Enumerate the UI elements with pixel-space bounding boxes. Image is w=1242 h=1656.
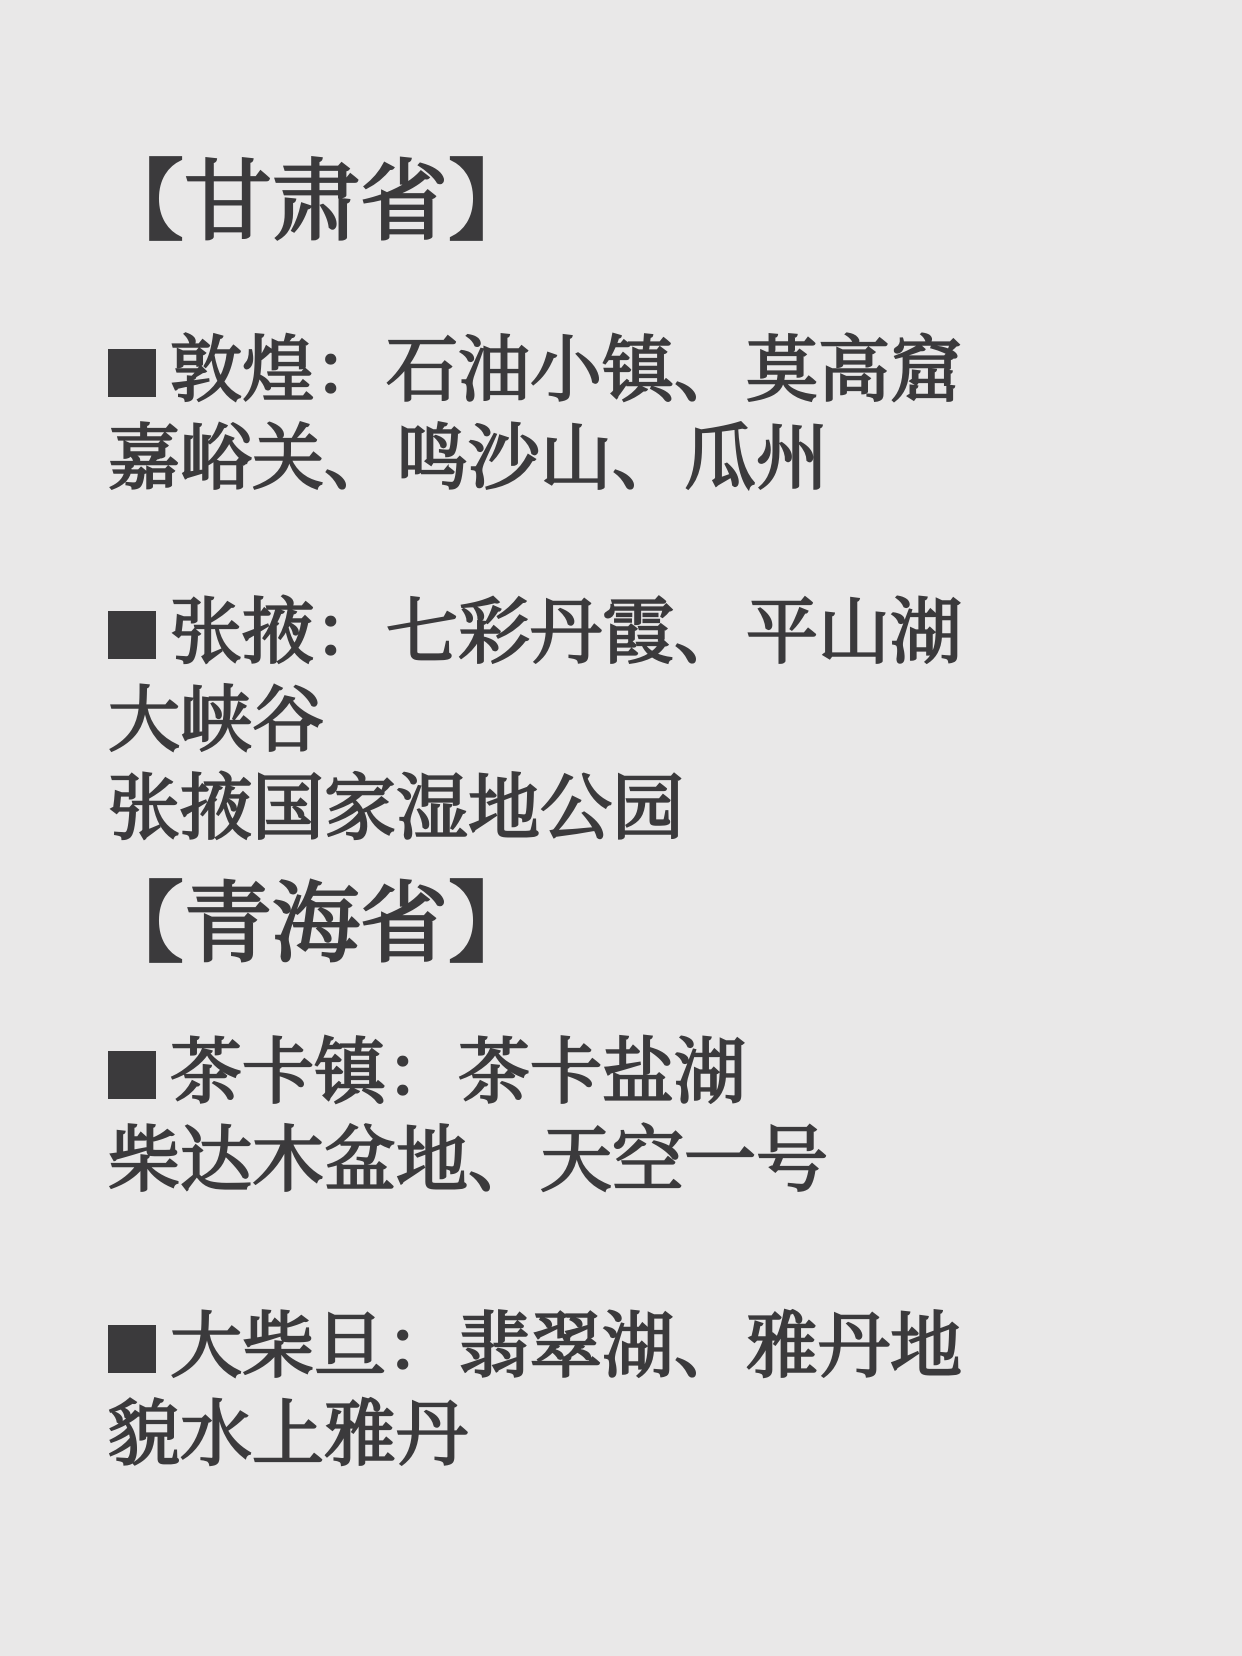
poi-line: 嘉峪关、鸣沙山、瓜州 xyxy=(108,414,1242,502)
section-qinghai: 【青海省】 茶卡镇：茶卡盐湖 柴达木盆地、天空一号 大柴旦：翡翠湖、雅丹地 貌水… xyxy=(0,880,1242,1478)
bullet-square-icon xyxy=(108,1051,156,1099)
poi-line: 敦煌：石油小镇、莫高窟 xyxy=(108,326,1242,414)
poi-line: 貌水上雅丹 xyxy=(108,1390,1242,1478)
poi-line: 张掖国家湿地公园 xyxy=(108,764,1242,852)
section-title-gansu: 【甘肃省】 xyxy=(96,0,1242,246)
poi-line: 茶卡镇：茶卡盐湖 xyxy=(108,1028,1242,1116)
travel-note-page: 【甘肃省】 敦煌：石油小镇、莫高窟 嘉峪关、鸣沙山、瓜州 张掖：七彩丹霞、平山湖… xyxy=(0,0,1242,1656)
poi-line: 大峡谷 xyxy=(108,676,1242,764)
poi-group-dunhuang: 敦煌：石油小镇、莫高窟 嘉峪关、鸣沙山、瓜州 xyxy=(108,326,1242,502)
poi-line-text: 大柴旦：翡翠湖、雅丹地 xyxy=(170,1304,962,1388)
poi-line: 柴达木盆地、天空一号 xyxy=(108,1116,1242,1204)
bullet-square-icon xyxy=(108,1325,156,1373)
poi-line: 张掖：七彩丹霞、平山湖 xyxy=(108,588,1242,676)
poi-group-dachaidan: 大柴旦：翡翠湖、雅丹地 貌水上雅丹 xyxy=(108,1302,1242,1478)
poi-group-chaka: 茶卡镇：茶卡盐湖 柴达木盆地、天空一号 xyxy=(108,1028,1242,1204)
poi-group-zhangye: 张掖：七彩丹霞、平山湖 大峡谷 张掖国家湿地公园 xyxy=(108,588,1242,852)
poi-line-text: 敦煌：石油小镇、莫高窟 xyxy=(170,328,962,412)
bullet-square-icon xyxy=(108,611,156,659)
section-title-qinghai: 【青海省】 xyxy=(96,880,1242,968)
poi-line-text: 茶卡镇：茶卡盐湖 xyxy=(170,1030,746,1114)
section-gansu: 【甘肃省】 敦煌：石油小镇、莫高窟 嘉峪关、鸣沙山、瓜州 张掖：七彩丹霞、平山湖… xyxy=(0,0,1242,852)
poi-line: 大柴旦：翡翠湖、雅丹地 xyxy=(108,1302,1242,1390)
poi-line-text: 张掖：七彩丹霞、平山湖 xyxy=(170,590,962,674)
bullet-square-icon xyxy=(108,349,156,397)
